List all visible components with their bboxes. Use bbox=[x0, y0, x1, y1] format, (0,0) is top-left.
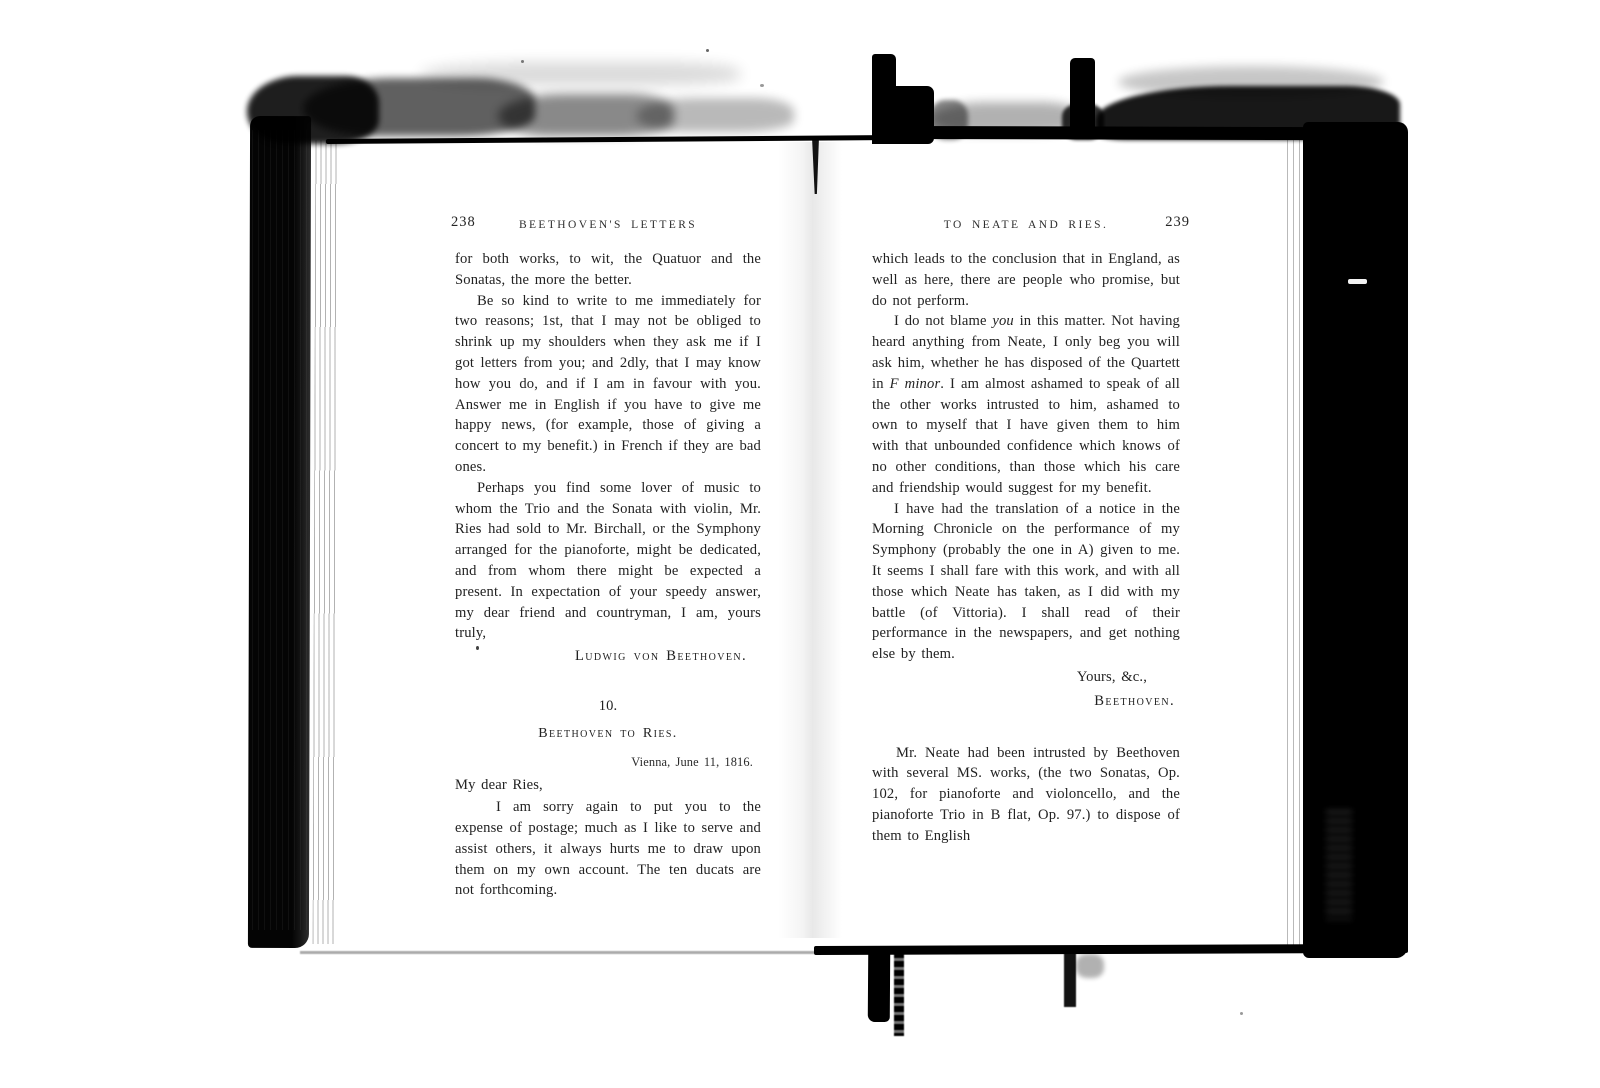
binding-mark bbox=[893, 86, 934, 144]
page-edges-right bbox=[1287, 133, 1302, 949]
binding-mark bbox=[1076, 954, 1104, 978]
ink-smudge bbox=[636, 98, 794, 132]
right-page: TO NEATE AND RIES. 239 which leads to th… bbox=[872, 212, 1180, 847]
paragraph: Be so kind to write to me immediately fo… bbox=[455, 291, 761, 478]
paragraph: I have had the translation of a notice i… bbox=[872, 499, 1180, 665]
left-running-head: BEETHOVEN'S LETTERS bbox=[455, 215, 761, 236]
paragraph: Perhaps you find some lover of music to … bbox=[455, 478, 761, 644]
binding-mark bbox=[894, 952, 904, 1036]
ink-smudge bbox=[247, 76, 379, 144]
gutter-shadow bbox=[778, 142, 842, 938]
paragraph-segment: I do not blame bbox=[894, 313, 992, 329]
binding-mark bbox=[868, 952, 890, 1022]
book-scan: 238 BEETHOVEN'S LETTERS for both works, … bbox=[0, 0, 1600, 1088]
ink-speck bbox=[521, 60, 524, 63]
ink-speck bbox=[1240, 1012, 1243, 1015]
paragraph-segment-italic: F minor bbox=[890, 376, 941, 392]
binding-mark bbox=[1064, 952, 1076, 1007]
editor-note-paragraph: Mr. Neate had been intrusted by Beethove… bbox=[872, 743, 1180, 847]
paragraph: for both works, to wit, the Quatuor and … bbox=[455, 249, 761, 291]
binding-mark bbox=[930, 100, 968, 140]
letter-signature: Beethoven. bbox=[872, 691, 1180, 712]
book-cover-right bbox=[1303, 122, 1408, 958]
page-edges-left bbox=[313, 140, 338, 944]
letter-salutation: My dear Ries, bbox=[455, 775, 761, 796]
paragraph: which leads to the conclusion that in En… bbox=[872, 249, 1180, 311]
right-page-number: 239 bbox=[1165, 212, 1190, 233]
paragraph: I am sorry again to put you to the expen… bbox=[455, 797, 761, 901]
page-bottom-edge bbox=[300, 951, 840, 954]
paragraph-segment: . I am almost ashamed to speak of all th… bbox=[872, 376, 1180, 496]
letter-dateline: Vienna, June 11, 1816. bbox=[455, 752, 761, 773]
spine-texture bbox=[252, 130, 307, 930]
left-running-head-row: 238 BEETHOVEN'S LETTERS bbox=[455, 212, 761, 234]
left-page: 238 BEETHOVEN'S LETTERS for both works, … bbox=[455, 212, 761, 901]
letter-closing: Yours, &c., bbox=[872, 667, 1180, 688]
letter-title: Beethoven to Ries. bbox=[455, 724, 761, 745]
cover-texture bbox=[1326, 810, 1352, 920]
ink-speck bbox=[760, 84, 764, 87]
right-running-head-row: TO NEATE AND RIES. 239 bbox=[872, 212, 1180, 234]
right-running-head: TO NEATE AND RIES. bbox=[872, 215, 1180, 236]
paragraph: I do not blame you in this matter. Not h… bbox=[872, 311, 1180, 498]
letter-number: 10. bbox=[455, 696, 761, 717]
paragraph-segment-italic: you bbox=[992, 313, 1014, 329]
ink-speck bbox=[706, 49, 709, 52]
cover-scratch bbox=[1348, 279, 1367, 284]
letter-signature: Ludwig von Beethoven. bbox=[455, 646, 761, 667]
